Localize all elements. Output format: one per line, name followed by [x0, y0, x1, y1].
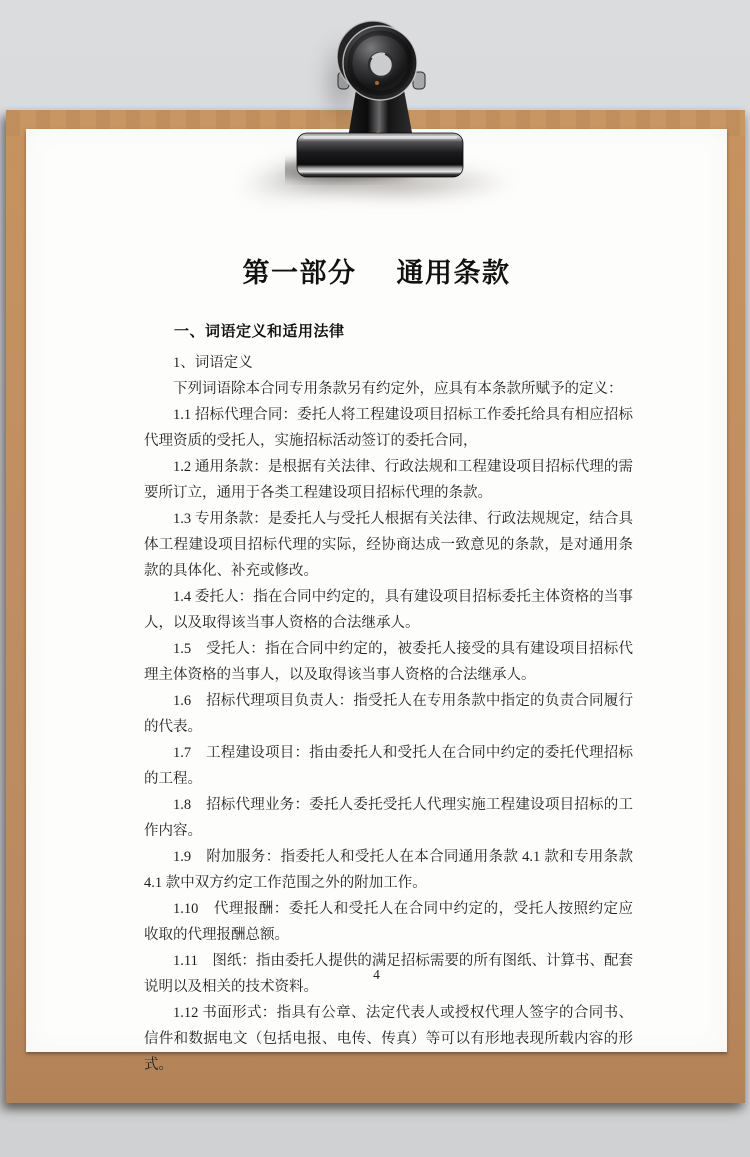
- clause-1-8: 1.8 招标代理业务：委托人委托受托人代理实施工程建设项目招标的工作内容。: [144, 792, 633, 844]
- clause-1-5: 1.5 受托人：指在合同中约定的，被委托人接受的具有建设项目招标代理主体资格的当…: [144, 636, 633, 688]
- page-title-part: 第一部分: [243, 258, 357, 288]
- section-heading: 一、词语定义和适用法律: [144, 319, 633, 345]
- intro-line: 下列词语除本合同专用条款另有约定外，应具有本条款所赋予的定义：: [144, 376, 633, 402]
- clause-1-3: 1.3 专用条款：是委托人与受托人根据有关法律、行政法规规定，结合具体工程建设项…: [144, 506, 633, 584]
- document-body: 一、词语定义和适用法律 1、词语定义 下列词语除本合同专用条款另有约定外，应具有…: [144, 319, 633, 1078]
- binder-clip-icon: [285, 20, 480, 185]
- subsection-heading: 1、词语定义: [144, 350, 633, 376]
- page-title-name: 通用条款: [397, 258, 511, 288]
- clause-1-7: 1.7 工程建设项目：指由委托人和受托人在合同中约定的委托代理招标的工程。: [144, 740, 633, 792]
- clause-1-2: 1.2 通用条款：是根据有关法律、行政法规和工程建设项目招标代理的需要所订立，通…: [144, 454, 633, 506]
- clause-1-6: 1.6 招标代理项目负责人：指受托人在专用条款中指定的负责合同履行的代表。: [144, 688, 633, 740]
- document-page: 第一部分通用条款 一、词语定义和适用法律 1、词语定义 下列词语除本合同专用条款…: [26, 129, 727, 1052]
- clause-1-4: 1.4 委托人：指在合同中约定的，具有建设项目招标委托主体资格的当事人，以及取得…: [144, 584, 633, 636]
- clause-1-10: 1.10 代理报酬：委托人和受托人在合同中约定的，受托人按照约定应收取的代理报酬…: [144, 896, 633, 948]
- clause-1-1: 1.1 招标代理合同：委托人将工程建设项目招标工作委托给具有相应招标代理资质的受…: [144, 402, 633, 454]
- clause-1-9: 1.9 附加服务：指委托人和受托人在本合同通用条款 4.1 款和专用条款 4.1…: [144, 844, 633, 896]
- clause-1-12: 1.12 书面形式：指具有公章、法定代表人或授权代理人签字的合同书、信件和数据电…: [144, 1000, 633, 1078]
- page-number: 4: [26, 967, 727, 983]
- page-title: 第一部分通用条款: [26, 251, 727, 290]
- photo-scene: 第一部分通用条款 一、词语定义和适用法律 1、词语定义 下列词语除本合同专用条款…: [0, 0, 750, 1157]
